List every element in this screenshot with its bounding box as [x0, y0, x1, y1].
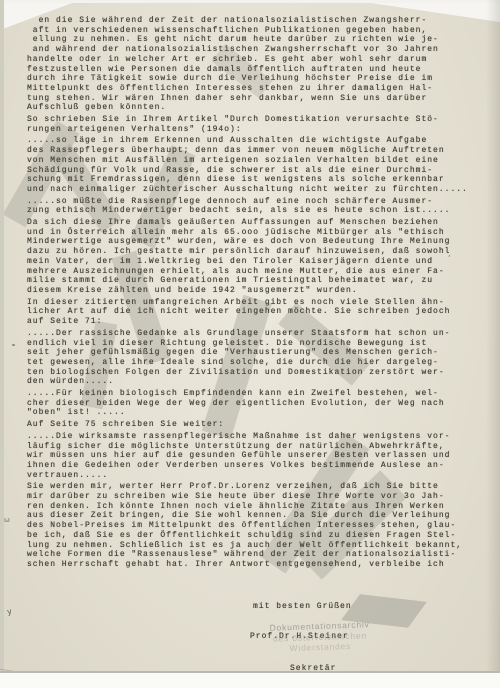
scanned-letter-page: en die Sie während der Zeit der national…: [0, 0, 500, 688]
paper-speck: [12, 344, 15, 346]
letter-body: en die Sie während der Zeit der national…: [27, 16, 468, 572]
paragraph: .....Für keinen biologisch Empfindenden …: [27, 389, 468, 418]
paragraph: Sie werden mir, werter Herr Prof.Dr.Lore…: [27, 482, 468, 569]
pen-mark: ,: [448, 249, 451, 258]
paragraph: Da sich diese Ihre damals geäußerten Auf…: [27, 218, 468, 296]
paragraph: .....Der rassische Gedanke als Grundlage…: [27, 329, 468, 387]
paragraph: Auf Seite 75 schreiben Sie weiter:: [27, 420, 468, 430]
paragraph: en die Sie während der Zeit der national…: [27, 16, 468, 113]
closing-salutation: mit besten Grüßen: [253, 602, 352, 612]
paragraph: In dieser zitierten umfangreichen Arbeit…: [27, 298, 468, 327]
scan-edge-left: [0, 0, 4, 688]
paragraph: So schrieben Sie in Ihrem Artikel "Durch…: [27, 115, 468, 134]
paper-shadow-right: [486, 0, 500, 688]
paragraph: .....so läge in ihrem Erkennen und Aussc…: [27, 136, 468, 194]
scan-edge-bottom: [0, 671, 500, 688]
paragraph: .....Die wirksamste rassenpflegerische M…: [27, 432, 468, 481]
pen-mark: y: [6, 607, 13, 617]
archive-stamp: Dokumentationsarchiv des österreichische…: [252, 619, 387, 655]
scan-edge-top: [0, 0, 500, 3]
pen-mark: ω: [4, 516, 10, 524]
paragraph: .....so müßte die Rassenpflege dennoch a…: [27, 197, 468, 216]
